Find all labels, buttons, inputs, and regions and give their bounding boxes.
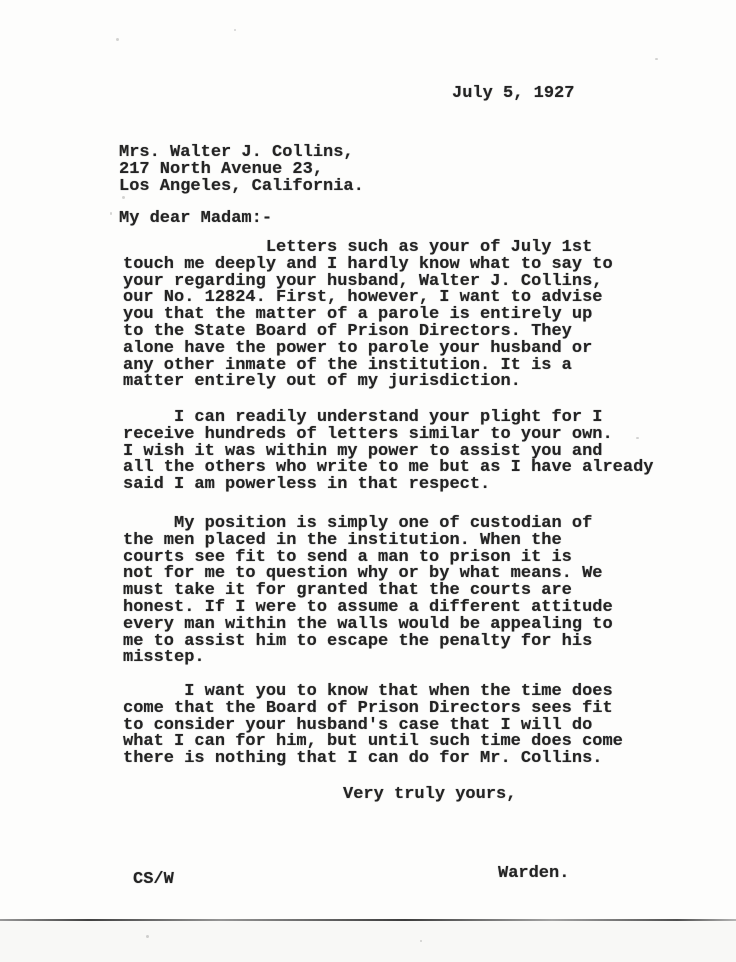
body-paragraph-4: I want you to know that when the time do… [123, 684, 623, 768]
signature-title: Warden. [498, 866, 569, 883]
scan-margin-area [0, 921, 736, 962]
paper-speck [116, 38, 119, 41]
paper-speck [636, 437, 639, 439]
letter-page: July 5, 1927 Mrs. Walter J. Collins, 217… [0, 0, 736, 962]
paper-speck [122, 196, 125, 199]
complimentary-closing: Very truly yours, [343, 787, 516, 804]
body-paragraph-1: Letters such as your of July 1st touch m… [123, 240, 613, 391]
paper-speck [110, 212, 112, 215]
body-paragraph-3: My position is simply one of custodian o… [123, 516, 613, 667]
paper-speck [146, 935, 149, 938]
paper-speck [420, 940, 422, 942]
paper-speck [234, 29, 236, 31]
salutation: My dear Madam:- [119, 211, 272, 228]
typist-initials: CS/W [133, 872, 174, 889]
recipient-address: Mrs. Walter J. Collins, 217 North Avenue… [119, 145, 364, 195]
paper-speck [655, 58, 658, 60]
body-paragraph-2: I can readily understand your plight for… [123, 410, 654, 494]
letter-date: July 5, 1927 [452, 86, 574, 103]
